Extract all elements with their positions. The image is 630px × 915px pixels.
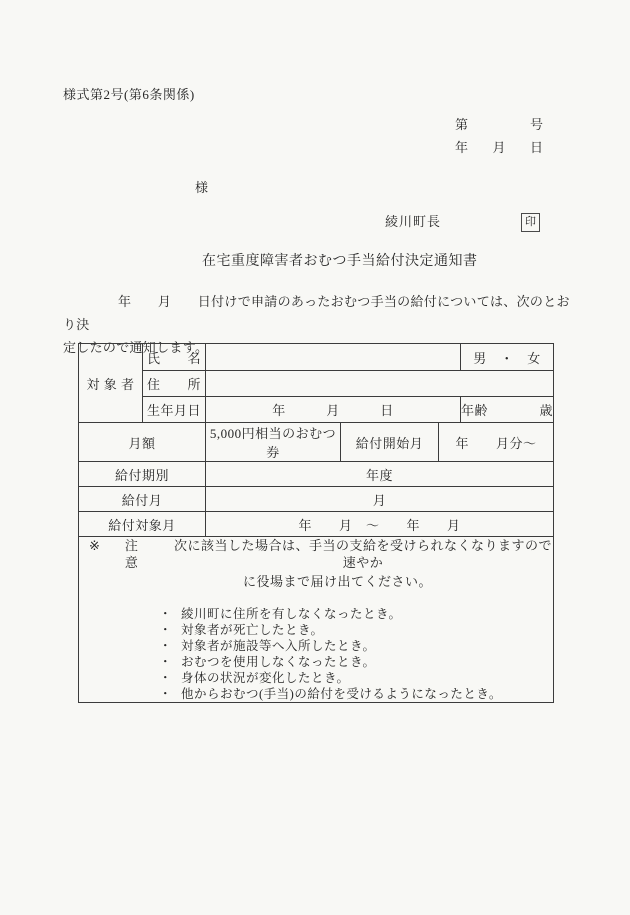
doc-number-prefix: 第 [455, 113, 468, 136]
benefit-period-label-cell: 給付期別 [79, 462, 206, 487]
notice-cell: ※ 注意 次に該当した場合は、手当の支給を受けられなくなりますので速やか に役場… [79, 537, 554, 703]
date-year-label: 年 [455, 136, 468, 159]
notice-mark: ※ [89, 537, 100, 554]
notice-bullet: ・ 綾川町に住所を有しなくなったとき。 [159, 606, 553, 622]
official-seal: 印 [521, 213, 540, 232]
taishosha-header-cell: 対 象 者 [79, 344, 143, 423]
benefit-target-value-cell: 年 月 ～ 年 月 [206, 512, 554, 537]
benefit-period-value-cell: 年度 [206, 462, 554, 487]
bullet-text: 対象者が死亡したとき。 [181, 622, 324, 638]
birthdate-value-cell: 年 月 日 [206, 397, 461, 423]
document-number-block: 第 号 年 月 日 [455, 113, 543, 159]
body-line-1: 年 月 日付けで申請のあったおむつ手当の給付については、次のとおり決 [63, 290, 573, 336]
notice-head: ※ 注意 次に該当した場合は、手当の支給を受けられなくなりますので速やか [79, 537, 553, 571]
benefit-start-label-cell: 給付開始月 [341, 423, 439, 462]
birthdate-label-cell: 生年月日 [143, 397, 206, 423]
bullet-dot: ・ [159, 638, 171, 654]
bullet-dot: ・ [159, 670, 171, 686]
monthly-amount-label-cell: 月額 [79, 423, 206, 462]
bullet-dot: ・ [159, 622, 171, 638]
benefit-month-value-cell: 月 [206, 487, 554, 512]
date-day-label: 日 [530, 136, 543, 159]
name-label-cell: 氏 名 [143, 344, 206, 371]
age-label: 年齢 [461, 400, 488, 419]
name-value-cell [206, 344, 461, 371]
document-title: 在宅重度障害者おむつ手当給付決定通知書 [202, 250, 478, 270]
bullet-dot: ・ [159, 606, 171, 622]
address-value-cell [206, 371, 554, 397]
notice-bullet: ・ おむつを使用しなくなったとき。 [159, 654, 553, 670]
bullet-text: 対象者が施設等へ入所したとき。 [181, 638, 376, 654]
notice-bullet: ・ 対象者が死亡したとき。 [159, 622, 553, 638]
bullet-text: おむつを使用しなくなったとき。 [181, 654, 376, 670]
date-month-label: 月 [492, 136, 505, 159]
notice-bullet-list: ・ 綾川町に住所を有しなくなったとき。 ・ 対象者が死亡したとき。 ・ 対象者が… [159, 606, 553, 702]
notice-bullet: ・ 身体の状況が変化したとき。 [159, 670, 553, 686]
age-cell: 年齢 歳 [461, 397, 554, 423]
notice-bullet: ・ 対象者が施設等へ入所したとき。 [159, 638, 553, 654]
issue-date-line: 年 月 日 [455, 136, 543, 159]
decision-table: 対 象 者 氏 名 男 ・ 女 住 所 生年月日 年 月 日 年齢 歳 月額 5… [78, 343, 554, 703]
notice-label: 注意 [119, 537, 144, 571]
issuer-title: 綾川町長 [385, 211, 441, 230]
age-unit-label: 歳 [540, 400, 554, 419]
address-label-cell: 住 所 [143, 371, 206, 397]
notice-text-line1: 次に該当した場合は、手当の支給を受けられなくなりますので速やか [173, 537, 553, 571]
notice-bullet: ・ 他からおむつ(手当)の給付を受けるようになったとき。 [159, 686, 553, 702]
benefit-month-label-cell: 給付月 [79, 487, 206, 512]
bullet-text: 他からおむつ(手当)の給付を受けるようになったとき。 [181, 686, 502, 702]
benefit-start-value-cell: 年 月分～ [439, 423, 554, 462]
bullet-dot: ・ [159, 686, 171, 702]
notice-text-line2: に役場まで届け出てください。 [122, 573, 553, 590]
addressee-honorific: 様 [195, 177, 208, 196]
document-page: 様式第2号(第6条関係) 第 号 年 月 日 様 綾川町長 印 在宅重度障害者お… [0, 0, 630, 915]
form-number: 様式第2号(第6条関係) [63, 84, 195, 103]
monthly-amount-value-cell: 5,000円相当のおむつ券 [206, 423, 341, 462]
bullet-dot: ・ [159, 654, 171, 670]
doc-number-suffix: 号 [530, 113, 543, 136]
document-number-line: 第 号 [455, 113, 543, 136]
benefit-target-label-cell: 給付対象月 [79, 512, 206, 537]
sex-options-cell: 男 ・ 女 [461, 344, 554, 371]
bullet-text: 身体の状況が変化したとき。 [181, 670, 350, 686]
bullet-text: 綾川町に住所を有しなくなったとき。 [181, 606, 402, 622]
